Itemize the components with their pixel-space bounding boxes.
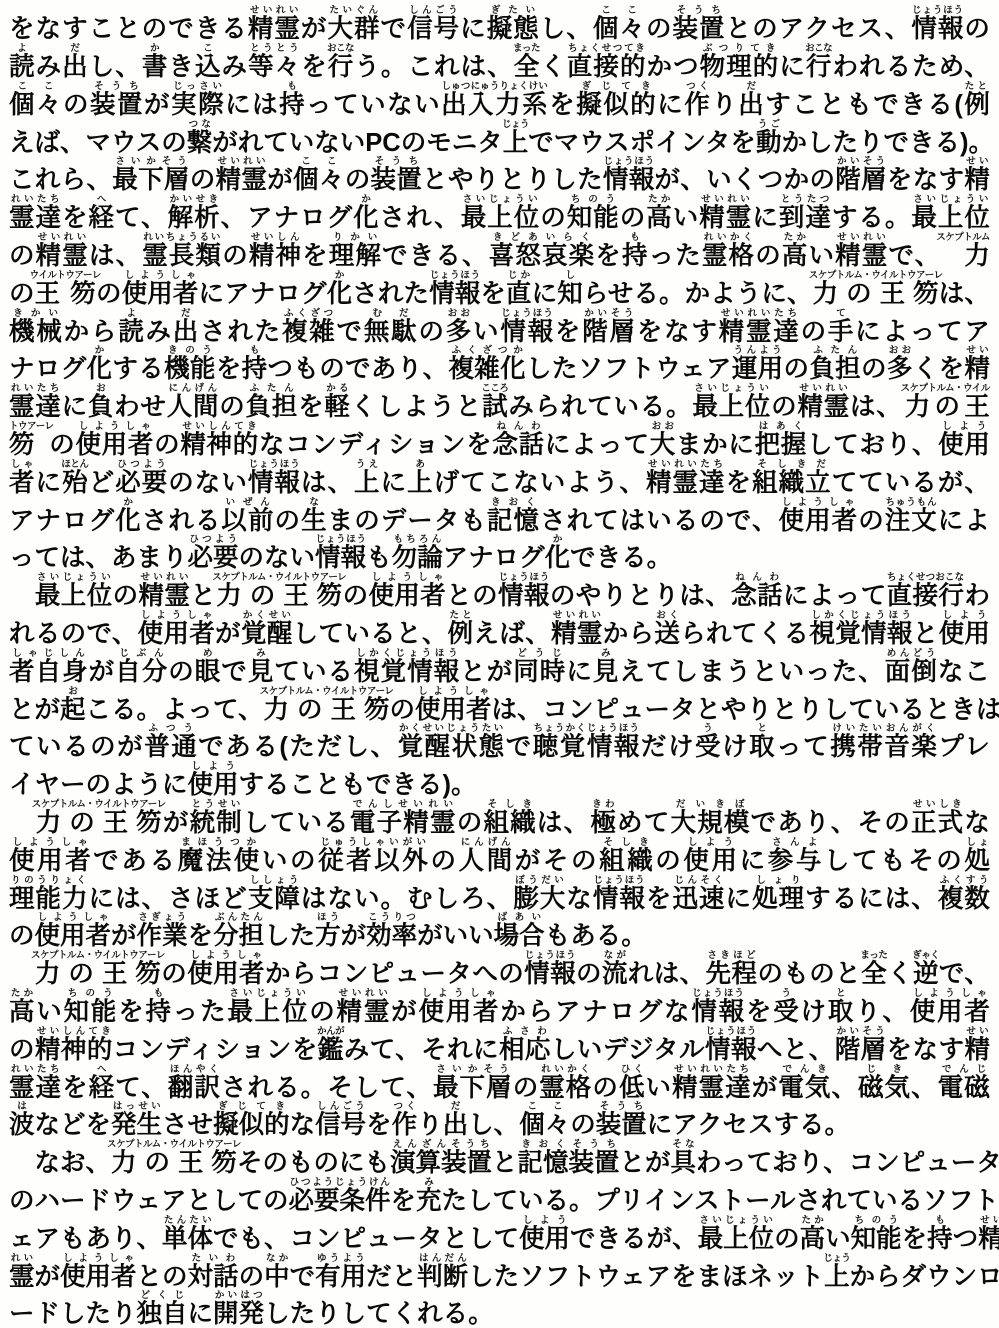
ruby-word: 鑑かんが (318, 1036, 344, 1064)
text-run: の (168, 658, 195, 686)
ruby-word: 参与さんよ (768, 847, 824, 875)
ruby-word: 電子精霊でんしせいれい (350, 809, 457, 837)
furigana: せいれい (36, 232, 88, 243)
furigana: せいれいたち (646, 459, 725, 470)
text-run: からアナログな (500, 998, 691, 1026)
furigana: たか (9, 988, 35, 999)
text-run: と (492, 1149, 518, 1177)
furigana: ひつよう (188, 534, 239, 545)
text-run: に (532, 280, 558, 308)
text-line-content: 個々ここの装置そうちが実際じっさいには持もっていない出入力系しゅつにゅうりょくけ… (9, 81, 990, 119)
ruby-word: 精神的せいしんてき (35, 1036, 113, 1064)
text-line: っては、あまり必要ひつようのない情報じょうほうも勿論もちろんアナログ化かできる。 (9, 534, 990, 572)
text-run: っては、あまり (9, 544, 188, 572)
furigana: だ (173, 308, 199, 319)
furigana: かいはつ (213, 1290, 264, 1301)
ruby-word: 全まった (861, 960, 887, 988)
ruby-word: 送おく (654, 620, 680, 648)
ruby-word: 経へ (89, 1074, 116, 1102)
furigana: おお (887, 345, 913, 356)
ruby-word: 精霊せいれい (551, 620, 603, 648)
furigana: しんごう (315, 1101, 366, 1112)
furigana: とうとう (248, 43, 300, 54)
text-run: で (506, 733, 533, 761)
text-run: で、 (939, 960, 990, 988)
ruby-word: 精霊せいれい (797, 393, 850, 421)
ruby-word: 装置そうち (596, 1111, 647, 1139)
text-run: のない (168, 469, 248, 497)
furigana: も (622, 232, 648, 243)
text-run: 、 (831, 1074, 858, 1102)
ruby-word: 独自どくじ (137, 1300, 188, 1328)
furigana: ぶんたん (213, 912, 264, 923)
text-run: を (62, 1074, 89, 1102)
furigana: か (87, 345, 113, 356)
text-run: ナログ (9, 355, 87, 383)
furigana: スケプトルム・ウイルトウアーレ (212, 572, 346, 583)
text-line-content: ードしたり独自どくじに開発かいはつしたりしてくれる。 (9, 1290, 990, 1328)
furigana: どくじ (137, 1290, 188, 1301)
text-run: を (595, 242, 622, 270)
text-run: などを (35, 1111, 112, 1139)
ruby-word: 高たか (646, 204, 673, 232)
text-run: することもできる)。 (239, 771, 477, 799)
ruby-word: 動うご (756, 129, 782, 157)
text-run: って (776, 733, 830, 761)
ruby-word: 記憶きおく (487, 507, 540, 535)
ruby-word: 情報じょうほう (911, 15, 964, 43)
ruby-word: 方ほう (315, 922, 341, 950)
ruby-word: 有用ゆうよう (315, 1263, 366, 1291)
furigana: しようしゃ (35, 912, 112, 923)
text-run: のハードウェアとしての (9, 1187, 288, 1215)
furigana: しようしゃ (9, 837, 91, 848)
text-run: を (746, 998, 773, 1026)
furigana: おお (650, 421, 676, 432)
furigana: さいじょうい (35, 572, 112, 583)
furigana: しよう (519, 1215, 570, 1226)
furigana: お (88, 383, 114, 394)
ruby-word: 高たか (9, 998, 36, 1026)
ruby-word: 運用うんよう (732, 355, 784, 383)
furigana: ぎじてき (576, 81, 656, 92)
furigana: しょ (964, 837, 990, 848)
ruby-word: 大規模だいきぼ (670, 809, 750, 837)
furigana: ねんわ (731, 572, 782, 583)
furigana: じょう (823, 1253, 850, 1264)
text-run: の (418, 318, 445, 346)
text-run: け (722, 733, 749, 761)
furigana: もちろん (392, 534, 443, 545)
text-run: の (964, 15, 990, 43)
text-line: 高たかい知能ちのうを持もった最上位さいじょういの精霊せいれいが使用者しようしゃか… (9, 988, 990, 1026)
text-line-content: れるので、使用者しようしゃが覚醒かくせいしていると、例たとえば、精霊せいれいから… (9, 610, 990, 648)
text-run: みられている。 (508, 393, 693, 421)
furigana: ばあい (494, 912, 545, 923)
ruby-word: 信号しんごう (315, 1111, 366, 1139)
text-run: を (366, 1111, 392, 1139)
text-run: を (480, 280, 506, 308)
furigana: ふさわ (499, 1026, 550, 1037)
ruby-word: 最下層さいかそう (433, 1074, 513, 1102)
furigana: かる (324, 383, 350, 394)
furigana: トウアーレ (9, 421, 54, 432)
furigana: て (828, 308, 854, 319)
text-run: に (740, 847, 768, 875)
text-run: し、 (468, 1111, 519, 1139)
text-line: の使用者しようしゃが作業さぎょうを分担ぶんたんした方ほうが効率こうりつがいい場合… (9, 912, 990, 950)
text-line: ているのが普通ふつうである(ただし、覚醒状態かくせいじょうたいで聴覚情報ちょうか… (9, 723, 990, 761)
ruby-word: 持も (622, 242, 649, 270)
ruby-word: 使用者しようしゃ (75, 431, 154, 459)
ruby-word: 手て (828, 318, 855, 346)
text-run: なお、 (9, 1149, 111, 1177)
ruby-word: 最上位さいじょうい (698, 1225, 775, 1253)
text-run: げてこないよう、 (434, 469, 646, 497)
text-run: が (89, 658, 116, 686)
text-run: い (809, 242, 836, 270)
furigana: しかくじょうほう (809, 610, 912, 621)
furigana: だ (443, 1101, 469, 1112)
ruby-word: 必要ひつよう (188, 544, 239, 572)
ruby-word: 使用者しようしゃ (35, 922, 112, 950)
ruby-word: 最上位さいじょうい (35, 582, 113, 610)
furigana: せいれい (337, 988, 390, 999)
ruby-word: 高たか (782, 242, 809, 270)
ruby-word: 使用者しようしゃ (60, 1263, 137, 1291)
text-run: したりしてくれる。 (264, 1300, 494, 1328)
ruby-word: 実際じっさい (171, 91, 225, 119)
text-line: とが起おこる。よって、力の王笏スケプトルム・ウイルトウアーレの使用者しようしゃは… (9, 685, 990, 723)
ruby-word: 複雑ふくざつ (282, 318, 337, 346)
furigana: れいかく (702, 232, 754, 243)
text-run: プレ (938, 733, 990, 761)
ruby-word: 個々ここ (293, 166, 345, 194)
text-run: を (391, 1187, 417, 1215)
ruby-word: 魔法使まほうつか (178, 847, 262, 875)
text-run: み (222, 53, 249, 81)
text-run: をなす (887, 1036, 965, 1064)
furigana: かくせいじょうたい (398, 723, 505, 734)
furigana: へ (89, 194, 115, 205)
ruby-word: 見み (248, 658, 275, 686)
furigana: ふくすう (938, 875, 990, 886)
furigana: じょうほう (691, 988, 744, 999)
furigana: ちょくせつおこな (887, 572, 964, 583)
furigana: きおくそうち (517, 1139, 619, 1150)
ruby-word: 装置そうち (371, 166, 423, 194)
text-run: く (887, 960, 913, 988)
text-run: き (168, 53, 195, 81)
furigana: にんげん (459, 837, 513, 848)
furigana: しようしゃ (368, 572, 445, 583)
ruby-word: 複雑化ふくざつか (448, 355, 526, 383)
furigana: ゆうよう (315, 1253, 366, 1264)
ruby-word: 力の王笏スケプトルム・ウイルトウアーレ (216, 582, 342, 610)
text-run: に (62, 393, 88, 421)
furigana: きどあいらく (489, 232, 594, 243)
text-run: れるので、 (9, 620, 138, 648)
furigana: おく (654, 610, 680, 621)
text-run: に (36, 469, 63, 497)
text-run: つものであり、 (268, 355, 449, 383)
ruby-word: 使用しよう (938, 431, 990, 459)
furigana: じっさい (171, 81, 224, 92)
furigana: じょうほう (500, 308, 553, 319)
furigana: きおく (487, 497, 539, 508)
ruby-word: 使用者しようしゃ (910, 998, 990, 1026)
furigana: じか (506, 270, 532, 281)
text-run: していると、 (293, 620, 448, 648)
ruby-word: 精霊せいれい (248, 15, 301, 43)
ruby-word: 視覚情報しかくじょうほう (354, 658, 460, 686)
text-run: かしたりできる)。 (781, 129, 994, 157)
text-line: 理能力りのうりょくには、さほど支障ししょうはない。むしろ、膨大ぼうだいな情報じょ… (9, 874, 990, 912)
text-run: み (145, 318, 172, 346)
text-run: を (301, 53, 328, 81)
text-run: の (858, 507, 885, 535)
text-line: 読よみ出だし、書かき込こみ等々とうとうを行おこなう。これは、全まったく直接的ちょ… (9, 43, 990, 81)
text-run: の (190, 166, 216, 194)
ruby-word: 例たと (963, 91, 990, 119)
text-line-content: アナログ化かされる以前いぜんの生なまのデータも記憶きおくされてはいるので、使用者… (9, 497, 990, 535)
text-run: される。そして、 (221, 1074, 433, 1102)
text-line-content: とが起おこる。よって、力の王笏スケプトルム・ウイルトウアーレの使用者しようしゃは… (9, 686, 990, 724)
furigana: せい (964, 1026, 990, 1037)
furigana: じょうほう (429, 270, 480, 281)
furigana: そうち (596, 1101, 647, 1112)
text-line-content: の精神的せいしんてきコンディションを鑑かんがみて、それに相応ふさわしいデジタル情… (9, 1026, 990, 1064)
text-line: 者自身しゃじしんが自分じぶんの眼めで見みている視覚情報しかくじょうほうとが同時ど… (9, 648, 990, 686)
ruby-word: 組織立そしきだ (752, 469, 832, 497)
text-line-content: 者しゃに殆ほとんど必要ひつようのない情報じょうほうは、上うえに上あげてこないよう… (9, 459, 990, 497)
ruby-word: 擬態ぎたい (487, 15, 540, 43)
text-line-content: の王笏ウイルトウアーレの使用者しようしゃにアナログ化かされた情報じょうほうを直じ… (9, 270, 990, 308)
text-run: の (646, 15, 673, 43)
ruby-word: 最下層さいかそう (112, 166, 189, 194)
text-run: わせ (114, 393, 167, 421)
ruby-word: 取と (828, 998, 855, 1026)
furigana: とうせい (190, 799, 242, 810)
furigana: めんどう (885, 648, 937, 659)
text-run: に (779, 53, 806, 81)
furigana: は (9, 1101, 35, 1112)
ruby-word: 装置そうち (90, 91, 144, 119)
furigana: かんが (317, 1026, 344, 1037)
text-run: したソフトウェア (526, 355, 732, 383)
text-run: で (221, 658, 248, 686)
furigana: だ (738, 81, 764, 92)
ruby-word: 使用者しようしゃ (779, 507, 859, 535)
ruby-word: 対話たいわ (188, 1263, 239, 1291)
ruby-word: 者自身しゃじしん (9, 658, 89, 686)
ruby-word: 力の王笏スケプトルム・ウイルトウアーレ (264, 696, 390, 724)
text-run: のやりとりは、 (550, 582, 731, 610)
text-run: で、 (888, 242, 941, 270)
furigana: せいしんてき (180, 421, 258, 432)
furigana: よ (118, 308, 144, 319)
ruby-word: 精せい (964, 166, 990, 194)
text-run: かつ (647, 53, 700, 81)
text-line: 霊達れいたちに負おわせ人間にんげんの負担ふたんを軽かるくしようと試こころみられて… (9, 383, 990, 421)
furigana: じょう (502, 119, 529, 130)
furigana: よ (9, 43, 35, 54)
document-page: をなすことのできる精霊せいれいが大群たいぐんで信号しんごうに擬態ぎたいし、個々こ… (0, 0, 999, 1328)
ruby-word: 場合ばあい (494, 922, 545, 950)
furigana: なが (602, 950, 628, 961)
ruby-word: 上じょう (503, 129, 529, 157)
text-line: えば、マウスの繋つながれていないPCのモニタ上じょうでマウスポインタを動うごかし… (9, 118, 990, 156)
text-run: に (726, 885, 753, 913)
text-line-content: 最上位さいじょういの精霊せいれいと力の王笏スケプトルム・ウイルトウアーレの使用者… (9, 572, 990, 610)
furigana: つな (187, 119, 213, 130)
text-run: を (549, 91, 576, 119)
ruby-word: 精霊せいれい (835, 242, 888, 270)
text-run: の (430, 847, 458, 875)
ruby-word: 使用者しようしゃ (415, 696, 492, 724)
furigana: も (145, 988, 171, 999)
text-run: みて、それに (343, 1036, 499, 1064)
ruby-word: 情報じょうほう (500, 318, 555, 346)
ruby-word: 大群たいぐん (327, 15, 380, 43)
text-run: の (513, 1074, 540, 1102)
furigana: ほう (315, 912, 341, 923)
text-run: が (144, 91, 171, 119)
furigana: しよう (188, 761, 239, 772)
furigana: か (142, 43, 168, 54)
text-line-content: イヤーのように使用しようすることもできる)。 (9, 761, 990, 799)
furigana: さいじょうい (692, 383, 770, 394)
text-run: の (801, 318, 828, 346)
furigana: しよう (939, 610, 990, 621)
furigana: まった (513, 43, 540, 54)
text-run: を (118, 998, 145, 1026)
text-run: には (225, 91, 279, 119)
furigana: スケプトルム (936, 232, 990, 243)
furigana: うご (756, 119, 782, 130)
ruby-word: 翻訳ほんやく (168, 1074, 221, 1102)
text-run: えば、マウスの (9, 129, 187, 157)
text-run: アナログ (9, 507, 115, 535)
text-run: が (301, 15, 328, 43)
furigana: ここ (293, 156, 344, 167)
text-run: とのアクセス、 (726, 15, 912, 43)
text-run: なコンディションを (259, 431, 492, 459)
text-run: である(ただし、 (198, 733, 397, 761)
furigana: さいじょうい (461, 194, 540, 205)
ruby-word: 力スケプトルム (941, 242, 990, 270)
ruby-word: 受う (695, 733, 722, 761)
ruby-word: 勿論もちろん (392, 544, 443, 572)
text-run: 、アナログ (221, 204, 354, 232)
furigana: ふたん (809, 345, 860, 356)
text-run: ど (88, 469, 116, 497)
ruby-word: 人間にんげん (167, 393, 220, 421)
furigana: そうち (371, 156, 422, 167)
text-run: の (9, 242, 36, 270)
ruby-word: 擬似的ぎじてき (213, 1111, 290, 1139)
text-line-content: えば、マウスの繋つながれていないPCのモニタ上じょうでマウスポインタを動うごかし… (9, 119, 990, 157)
text-run: の (655, 847, 683, 875)
furigana: そうち (90, 81, 143, 92)
ruby-word: 上うえ (354, 469, 381, 497)
furigana: れいたち (9, 383, 61, 394)
text-run: すこともできる( (765, 91, 963, 119)
text-run: の (219, 393, 245, 421)
furigana: にんげん (167, 383, 219, 394)
furigana: スケプトルム・ウイルトウアーレ (31, 950, 165, 961)
text-line-content: 波はなどを発生はっせいさせ擬似的ぎじてきな信号しんごうを作つくり出だし、個々ここ… (9, 1101, 990, 1139)
text-run: い (673, 204, 700, 232)
ruby-word: 処しょ (964, 847, 990, 875)
text-run: の (620, 204, 647, 232)
text-line-content: 者自身しゃじしんが自分じぶんの眼めで見みている視覚情報しかくじょうほうとが同時ど… (9, 648, 990, 686)
ruby-word: 例たと (448, 620, 474, 648)
text-run: み (36, 53, 63, 81)
text-line-content: 霊達れいたちに負おわせ人間にんげんの負担ふたんを軽かるくしようと試こころみられて… (9, 383, 990, 421)
text-run: の (457, 809, 484, 837)
ruby-word: 霊達れいたち (9, 393, 62, 421)
furigana: そな (671, 1139, 697, 1150)
text-run: を (216, 355, 242, 383)
furigana: しようしゃ (75, 421, 153, 432)
ruby-word: 無駄むだ (364, 318, 419, 346)
text-run: し、 (540, 15, 593, 43)
text-line: ェアもあり、単体たんたいでも、コンピュータとして使用しようできるが、最上位さいじ… (9, 1215, 990, 1253)
furigana: じゅうしゃいがい (318, 837, 428, 848)
furigana: み (416, 1177, 442, 1188)
text-run: の (771, 393, 797, 421)
ruby-word: 負担ふたん (809, 355, 861, 383)
ruby-word: 出だ (173, 318, 200, 346)
furigana: ぎゃく (912, 950, 939, 961)
furigana: ウイルトウアーレ (30, 270, 101, 281)
furigana: でんき (778, 1064, 830, 1075)
furigana: スケプトルム・ウイルトウアーレ (107, 1139, 241, 1150)
text-run: が (267, 166, 293, 194)
text-run: っていない (306, 91, 441, 119)
text-run: によって (545, 431, 650, 459)
text-run: をなす (887, 166, 964, 194)
text-run: まのデータも (328, 507, 487, 535)
ruby-word: 作つく (392, 1111, 418, 1139)
text-run: する。 (832, 204, 912, 232)
furigana: ちゅうもん (885, 497, 937, 508)
ruby-word: 読よ (9, 53, 36, 81)
text-line-content: 理能力りのうりょくには、さほど支障ししょうはない。むしろ、膨大ぼうだいな情報じょ… (9, 875, 990, 913)
text-run: させ (162, 1111, 213, 1139)
text-line: 霊れいが使用者しようしゃとの対話たいわの中なかで有用ゆうようだと判断はんだんした… (9, 1252, 990, 1290)
text-run: に (566, 658, 593, 686)
text-run: された (352, 280, 429, 308)
text-run: がれていないPCのモニタ (212, 129, 502, 157)
furigana: ぎたい (487, 5, 539, 16)
text-line: の王笏ウイルトウアーレの使用者しようしゃにアナログ化かされた情報じょうほうを直じ… (9, 270, 990, 308)
furigana: たか (646, 194, 672, 205)
furigana: し (557, 270, 583, 281)
ruby-word: 電気でんき (778, 1074, 831, 1102)
text-run: だけ (641, 733, 695, 761)
furigana: つく (684, 81, 710, 92)
ruby-word: 階層かいそう (835, 166, 887, 194)
ruby-word: 力の王笏スケプトルム・ウイルトウアーレ (813, 280, 939, 308)
text-line: 波はなどを発生はっせいさせ擬似的ぎじてきな信号しんごうを作つくり出だし、個々ここ… (9, 1101, 990, 1139)
text-run: へと、 (757, 1036, 835, 1064)
furigana: しゅつにゅうりょくけい (441, 81, 548, 92)
ruby-word: 情報じょうほう (603, 166, 655, 194)
furigana: ひつよう (115, 459, 167, 470)
ruby-word: 正式せいしき (911, 809, 964, 837)
